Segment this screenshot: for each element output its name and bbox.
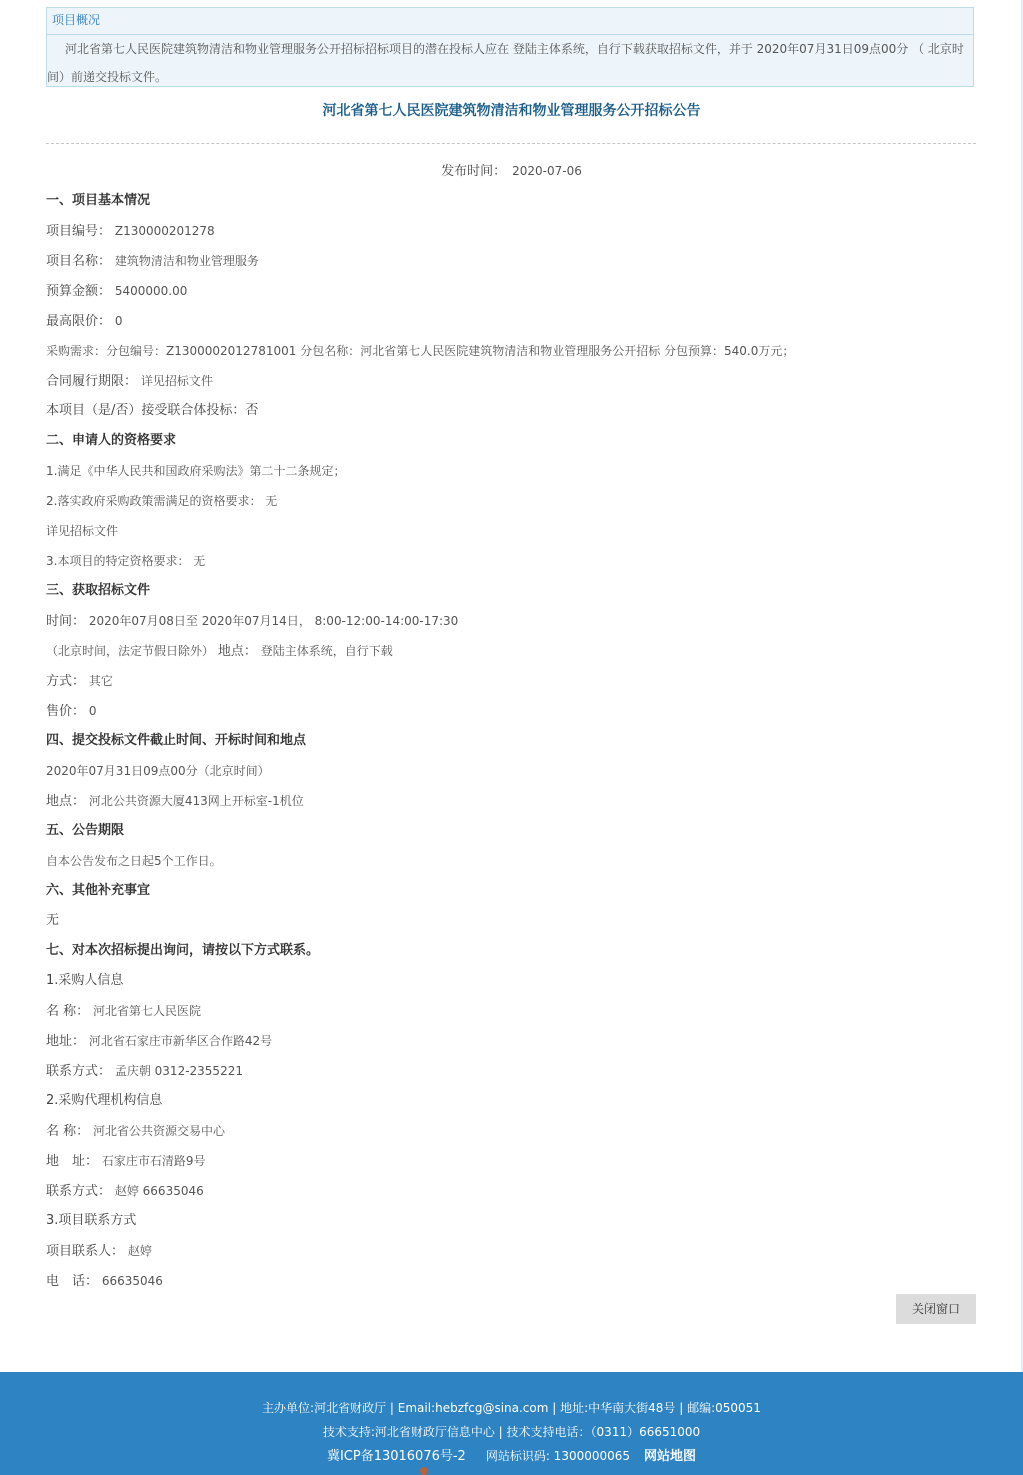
project-overview-box: 项目概况 河北省第七人民医院建筑物清洁和物业管理服务公开招标招标项目的潜在投标人… [46,7,974,87]
close-window-button[interactable]: 关闭窗口 [896,1294,976,1324]
buyer-contact: 联系方式： 孟庆朝 0312-2355221 [46,1056,976,1086]
announcement-period: 自本公告发布之日起5个工作日。 [46,846,976,876]
section-heading: 六、其他补充事宜 [46,876,976,906]
publish-time: 发布时间：2020-07-06 [0,160,1023,179]
section-heading: 四、提交投标文件截止时间、开标时间和地点 [46,726,976,756]
page: 项目概况 河北省第七人民医院建筑物清洁和物业管理服务公开招标招标项目的潜在投标人… [0,0,1023,1372]
budget-amount: 预算金额： 5400000.00 [46,276,976,306]
overview-text-line1: 河北省第七人民医院建筑物清洁和物业管理服务公开招标招标项目的潜在投标人应在 登陆… [47,35,967,63]
footer-icp-line: 冀ICP备13016076号-2网站标识码: 1300000065网站地图 [0,1444,1023,1469]
buyer-name: 名 称： 河北省第七人民医院 [46,996,976,1026]
site-code: 网站标识码: 1300000065 [486,1449,630,1463]
purchase-demand: 采购需求：分包编号：Z1300002012781001 分包名称：河北省第七人民… [46,336,976,366]
agency-address: 地 址： 石家庄市石清路9号 [46,1146,976,1176]
section-heading: 二、申请人的资格要求 [46,426,976,456]
publish-time-label: 发布时间： [441,164,506,179]
obtain-place: （北京时间，法定节假日除外） 地点： 登陆主体系统，自行下载 [46,636,976,666]
footer-sponsor-line: 主办单位:河北省财政厅 | Email:hebzfcg@sina.com | 地… [0,1396,1023,1420]
max-price: 最高限价： 0 [46,306,976,336]
section-heading: 七、对本次招标提出询问，请按以下方式联系。 [46,936,976,966]
divider [46,143,976,144]
announcement-body: 一、项目基本情况 项目编号： Z130000201278 项目名称： 建筑物清洁… [46,186,976,1296]
overview-text: 河北省第七人民医院建筑物清洁和物业管理服务公开招标招标项目的潜在投标人应在 登陆… [47,35,973,91]
section-heading: 一、项目基本情况 [46,186,976,216]
project-contact-phone: 电 话： 66635046 [46,1266,976,1296]
section-heading: 五、公告期限 [46,816,976,846]
obtain-method: 方式： 其它 [46,666,976,696]
agency-contact: 联系方式： 赵婷 66635046 [46,1176,976,1206]
overview-heading: 项目概况 [47,8,973,35]
section-heading: 三、获取招标文件 [46,576,976,606]
qualification-item: 2.落实政府采购政策需满足的资格要求： 无 [46,486,976,516]
footer-support-line: 技术支持:河北省财政厅信息中心 | 技术支持电话：（0311）66651000 [0,1420,1023,1444]
qualification-note: 详见招标文件 [46,516,976,546]
obtain-time: 时间： 2020年07月08日至 2020年07月14日， 8:00-12:00… [46,606,976,636]
site-footer: 主办单位:河北省财政厅 | Email:hebzfcg@sina.com | 地… [0,1372,1023,1475]
page-title: 河北省第七人民医院建筑物清洁和物业管理服务公开招标公告 [0,100,1023,120]
project-contact-heading: 3.项目联系方式 [46,1206,976,1236]
buyer-info-heading: 1.采购人信息 [46,966,976,996]
agency-info-heading: 2.采购代理机构信息 [46,1086,976,1116]
publish-time-value: 2020-07-06 [512,164,582,178]
project-number: 项目编号： Z130000201278 [46,216,976,246]
gov-badge-icon[interactable] [420,1467,428,1475]
sitemap-link[interactable]: 网站地图 [644,1449,696,1464]
bid-opening-place: 地点： 河北公共资源大厦413网上开标室-1机位 [46,786,976,816]
bid-deadline: 2020年07月31日09点00分（北京时间） [46,756,976,786]
project-contact-person: 项目联系人： 赵婷 [46,1236,976,1266]
icp-number[interactable]: 冀ICP备13016076号-2 [327,1449,466,1464]
buyer-address: 地址： 河北省石家庄市新华区合作路42号 [46,1026,976,1056]
agency-name: 名 称： 河北省公共资源交易中心 [46,1116,976,1146]
contract-period: 合同履行期限： 详见招标文件 [46,366,976,396]
qualification-item: 1.满足《中华人民共和国政府采购法》第二十二条规定； [46,456,976,486]
consortium-bidding: 本项目（是/否）接受联合体投标：否 [46,396,976,426]
overview-text-line2: 间）前递交投标文件。 [47,63,967,91]
supplementary-info: 无 [46,906,976,936]
document-price: 售价： 0 [46,696,976,726]
project-name: 项目名称： 建筑物清洁和物业管理服务 [46,246,976,276]
qualification-item: 3.本项目的特定资格要求： 无 [46,546,976,576]
